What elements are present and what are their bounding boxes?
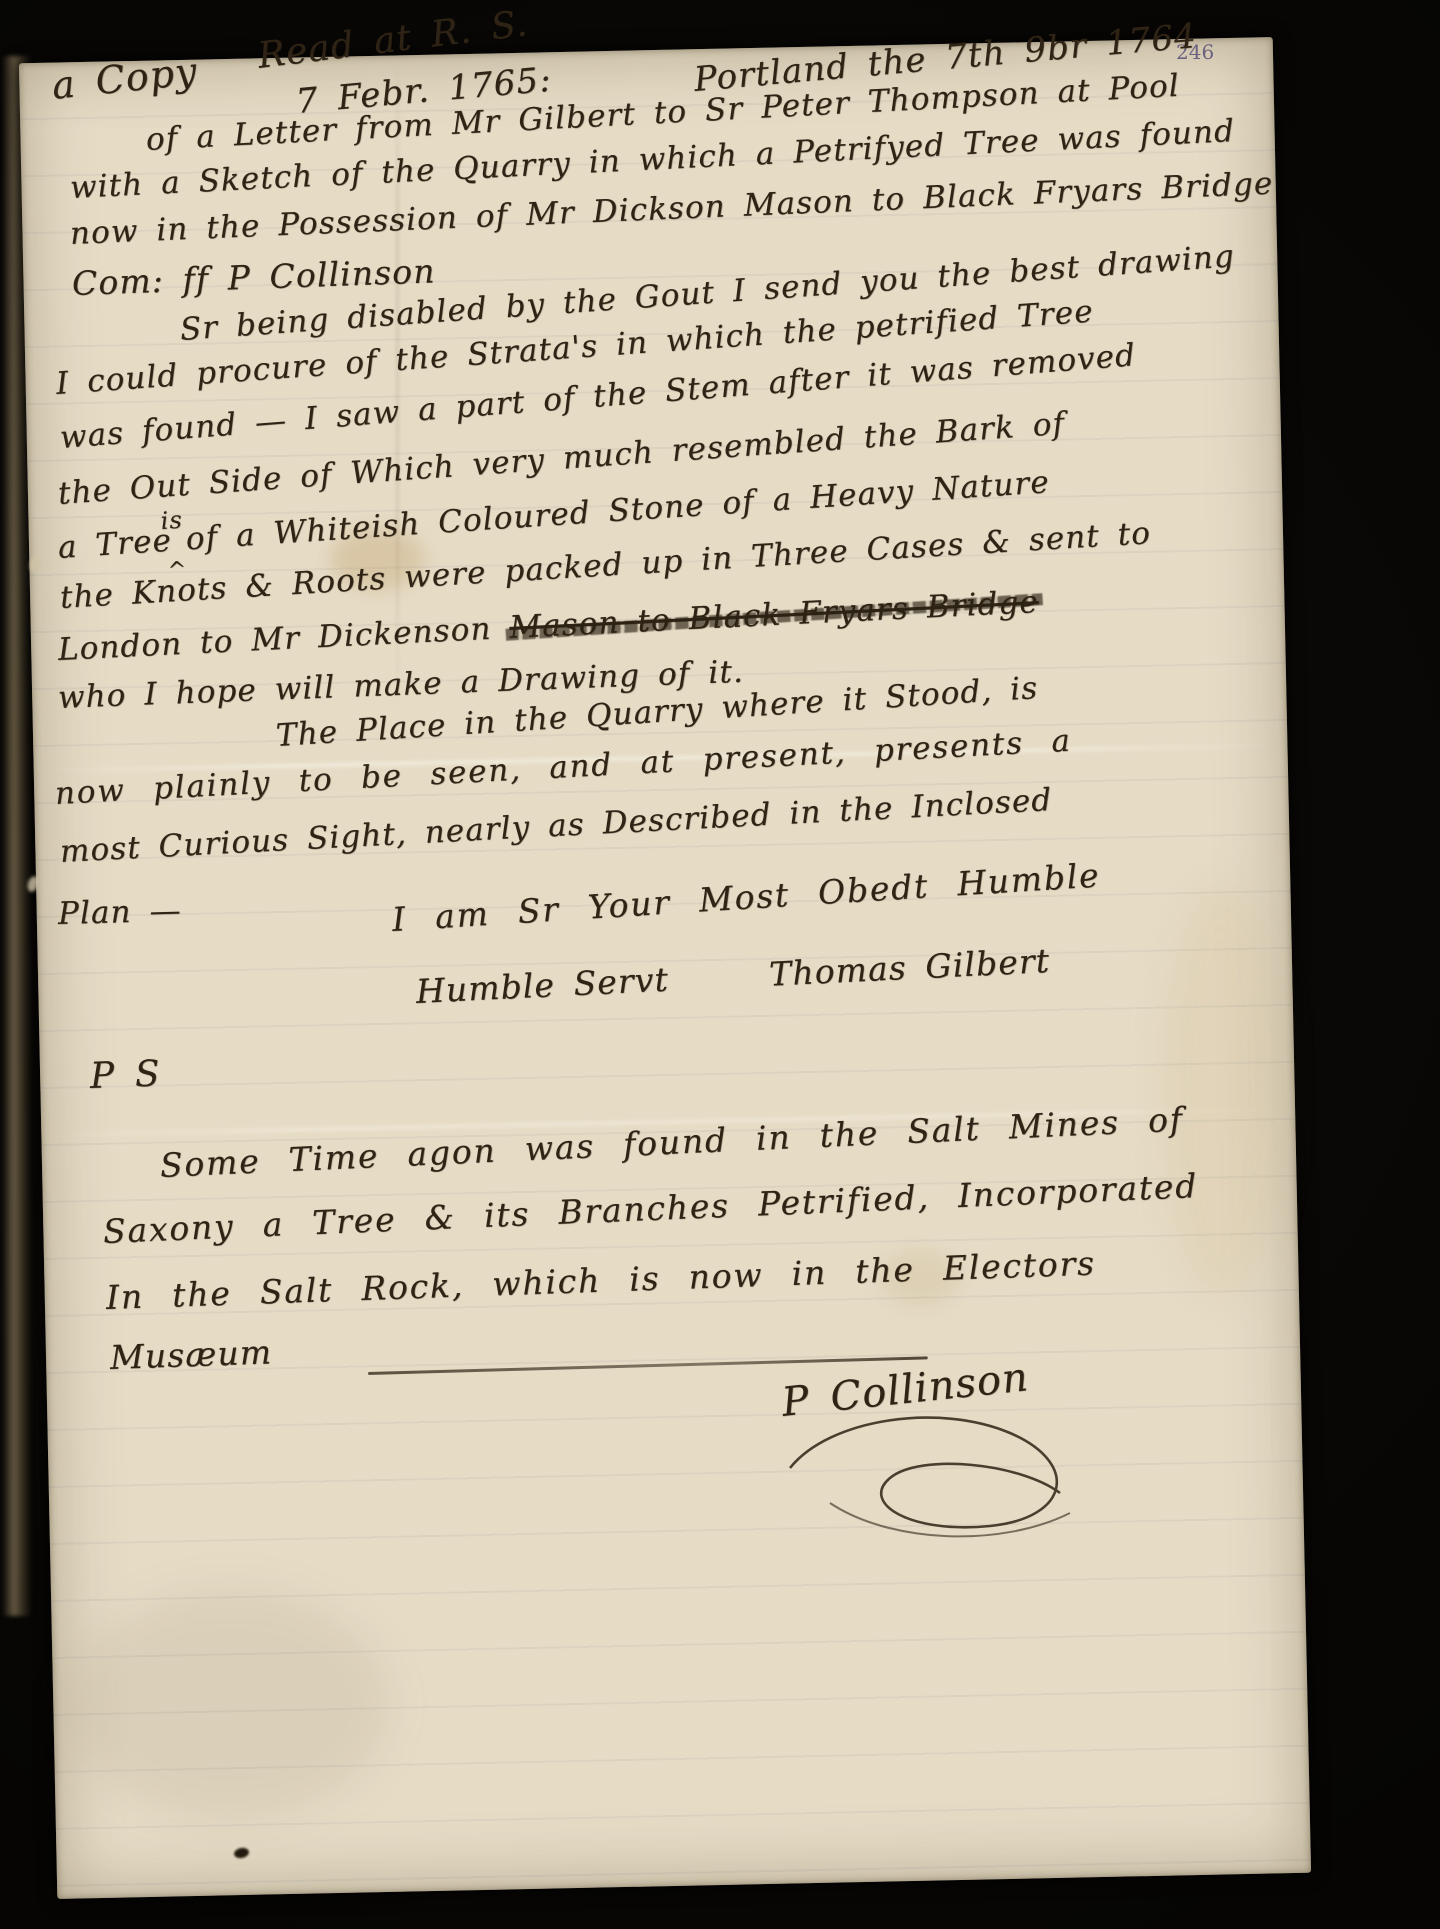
ps-line-4: Musæum [109,1332,272,1377]
manuscript-scan: 246 a Copy Read at R. S. 7 Febr. 1765: P… [0,0,1440,1929]
insertion-mark: is^ [173,549,187,550]
body2-line-4: Plan — [58,893,183,932]
ps-label: P S [89,1054,161,1097]
signature-flourish-icon [770,1408,1100,1558]
inserted-word: is [160,506,184,535]
body-line-5-start: a Tree [57,522,173,565]
